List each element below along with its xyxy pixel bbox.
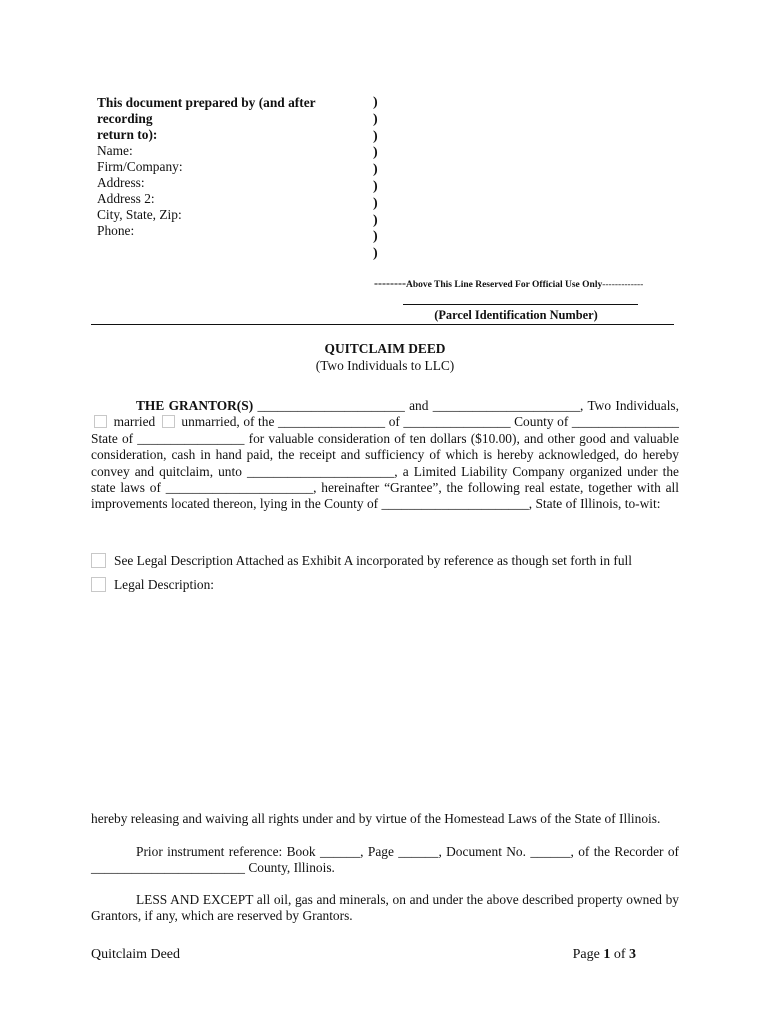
parcel-number-input-line[interactable] bbox=[403, 304, 638, 305]
married-checkbox[interactable] bbox=[94, 415, 107, 428]
grantor-lead: THE GRANTOR(S) bbox=[136, 398, 253, 413]
unmarried-label: unmarried, of the bbox=[181, 414, 274, 429]
recorder-county-blank[interactable]: _______________________ bbox=[91, 860, 245, 875]
preparer-heading: This document prepared by (and after rec… bbox=[97, 95, 367, 127]
paren: ) bbox=[373, 129, 378, 146]
paren: ) bbox=[373, 95, 378, 112]
text: , of the Recorder of bbox=[571, 844, 679, 859]
text: Individuals, bbox=[615, 398, 679, 413]
city-blank[interactable]: ________________ bbox=[278, 414, 385, 429]
exhibit-checkbox[interactable] bbox=[91, 553, 106, 568]
document-title: QUITCLAIM DEED (Two Individuals to LLC) bbox=[91, 341, 679, 374]
paren-column: ) ) ) ) ) ) ) ) ) ) bbox=[373, 95, 378, 263]
title-subtitle: (Two Individuals to LLC) bbox=[91, 358, 679, 375]
page-indicator: Page 1 of 3 bbox=[573, 947, 636, 963]
preparer-block: This document prepared by (and after rec… bbox=[97, 95, 367, 239]
field-phone[interactable]: Phone: bbox=[97, 223, 367, 239]
dash-tail: ------------- bbox=[602, 280, 643, 290]
text: , Document No. bbox=[438, 844, 526, 859]
total-pages: 3 bbox=[629, 947, 636, 962]
parcel-label: (Parcel Identification Number) bbox=[376, 308, 656, 323]
field-address[interactable]: Address: bbox=[97, 175, 367, 191]
legal-option-description[interactable]: Legal Description: bbox=[91, 577, 214, 593]
grantor-1-blank[interactable]: ______________________ bbox=[257, 398, 404, 413]
title-main: QUITCLAIM DEED bbox=[91, 341, 679, 358]
field-address-2[interactable]: Address 2: bbox=[97, 191, 367, 207]
official-use-text: Above This Line Reserved For Official Us… bbox=[406, 280, 602, 290]
text: County of bbox=[514, 414, 568, 429]
document-no-blank[interactable]: ______ bbox=[530, 844, 570, 859]
text: County, Illinois. bbox=[245, 860, 335, 875]
field-firm[interactable]: Firm/Company: bbox=[97, 159, 367, 175]
less-and-except-paragraph: LESS AND EXCEPT all oil, gas and mineral… bbox=[91, 892, 679, 925]
county-2-blank[interactable]: ________________ bbox=[572, 414, 679, 429]
text: of bbox=[389, 414, 400, 429]
text: , Page bbox=[360, 844, 394, 859]
text: , State of Illinois, to-wit: bbox=[529, 496, 661, 511]
field-name[interactable]: Name: bbox=[97, 143, 367, 159]
paren: ) bbox=[373, 179, 378, 196]
grantor-paragraph: THE GRANTOR(S) ______________________ an… bbox=[91, 398, 679, 513]
legal-description-checkbox[interactable] bbox=[91, 577, 106, 592]
legal-description-label: Legal Description: bbox=[114, 577, 214, 592]
text: , Two bbox=[580, 398, 611, 413]
text: and bbox=[409, 398, 428, 413]
grantor-2-blank[interactable]: ______________________ bbox=[433, 398, 580, 413]
grantee-blank[interactable]: ______________________ bbox=[247, 464, 394, 479]
legal-option-exhibit[interactable]: See Legal Description Attached as Exhibi… bbox=[91, 553, 632, 569]
page-blank[interactable]: ______ bbox=[398, 844, 438, 859]
current-page: 1 bbox=[603, 947, 610, 962]
paren: ) bbox=[373, 162, 378, 179]
dash-lead: -------- bbox=[374, 276, 406, 290]
paren: ) bbox=[373, 213, 378, 230]
footer-title: Quitclaim Deed bbox=[91, 947, 180, 962]
text: Prior instrument reference: Book bbox=[136, 844, 316, 859]
paren: ) bbox=[373, 229, 378, 246]
exhibit-label: See Legal Description Attached as Exhibi… bbox=[114, 553, 632, 568]
unmarried-checkbox[interactable] bbox=[162, 415, 175, 428]
state-blank[interactable]: ________________ bbox=[137, 431, 244, 446]
paren: ) bbox=[373, 196, 378, 213]
county-blank[interactable]: ________________ bbox=[403, 414, 510, 429]
book-blank[interactable]: ______ bbox=[320, 844, 360, 859]
official-use-line: --------Above This Line Reserved For Off… bbox=[374, 276, 643, 291]
married-label: married bbox=[114, 414, 156, 429]
text: State of bbox=[91, 431, 133, 446]
paren: ) bbox=[373, 112, 378, 129]
homestead-paragraph: hereby releasing and waiving all rights … bbox=[91, 811, 679, 827]
llc-state-blank[interactable]: ______________________ bbox=[166, 480, 313, 495]
page-footer: Quitclaim Deed Page 1 of 3 bbox=[91, 947, 636, 963]
paren: ) bbox=[373, 145, 378, 162]
text: of bbox=[614, 947, 626, 962]
property-county-blank[interactable]: ______________________ bbox=[381, 496, 528, 511]
prior-instrument-paragraph: Prior instrument reference: Book ______,… bbox=[91, 844, 679, 877]
parcel-label-row: (Parcel Identification Number) bbox=[91, 308, 674, 325]
paren: ) bbox=[373, 246, 378, 263]
text: Page bbox=[573, 947, 600, 962]
preparer-heading-2: return to): bbox=[97, 127, 367, 143]
field-city-state-zip[interactable]: City, State, Zip: bbox=[97, 207, 367, 223]
